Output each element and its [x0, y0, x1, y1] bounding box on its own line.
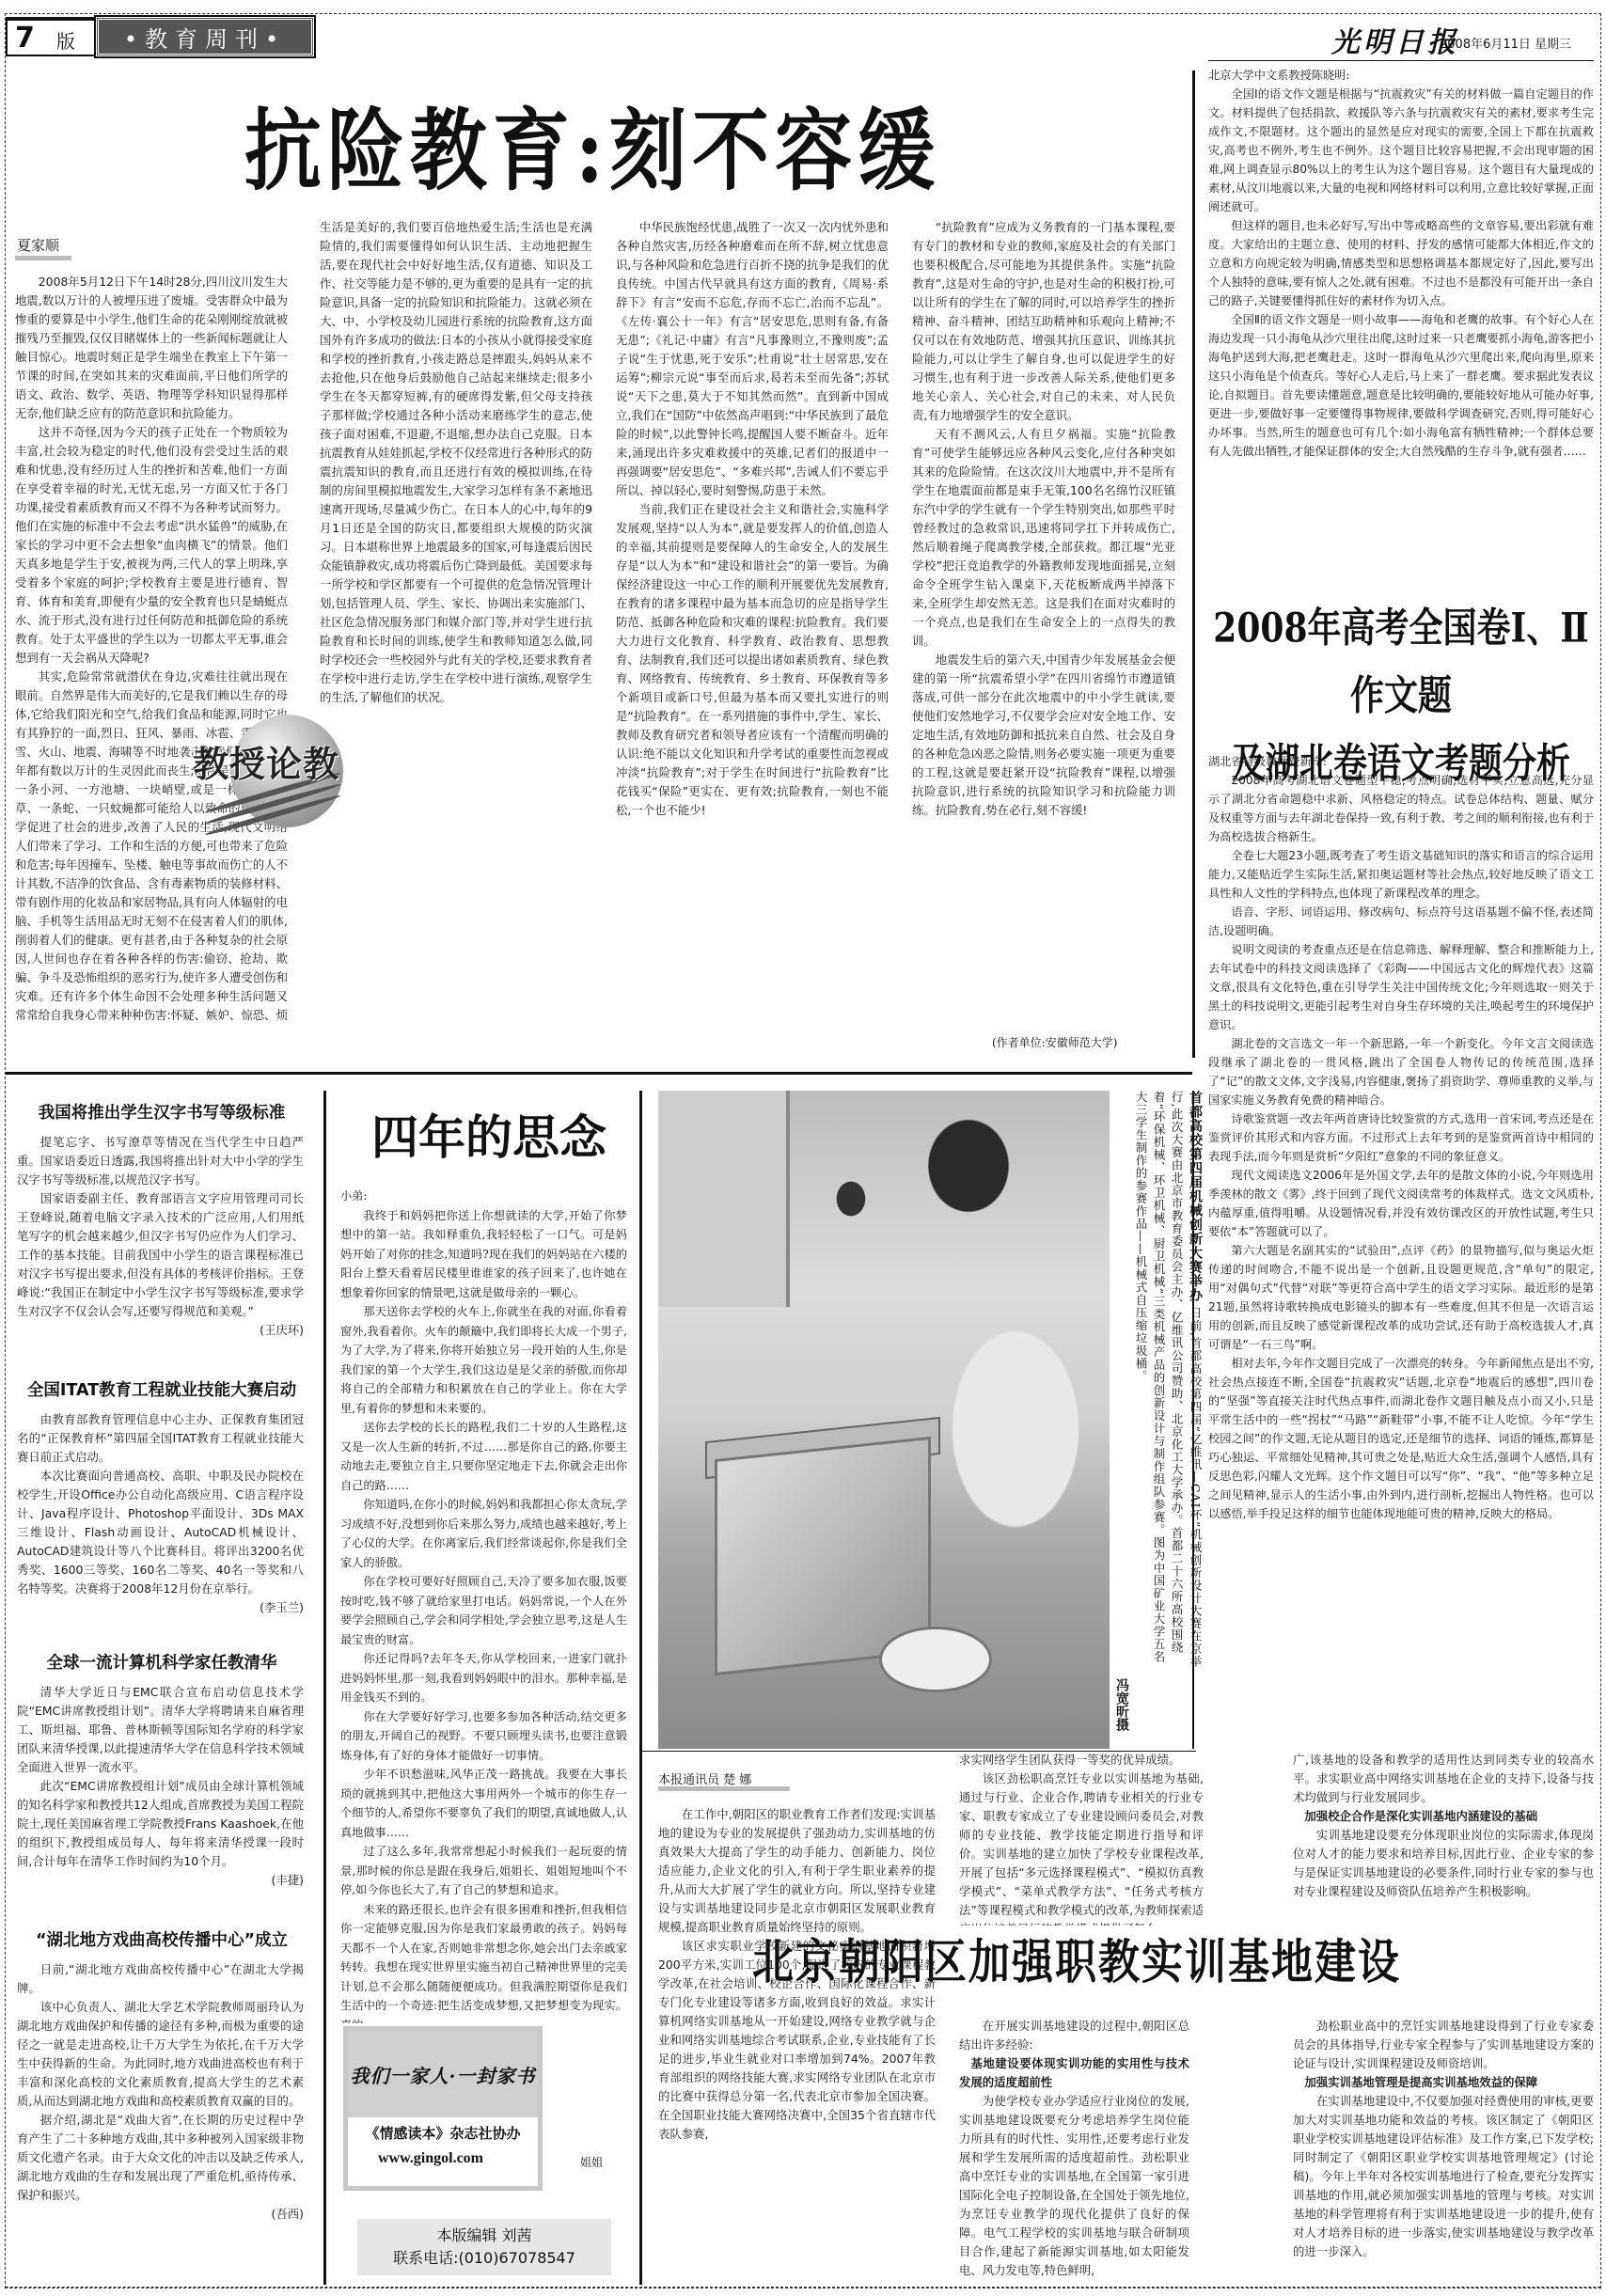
letter-headline: 四年的思念: [339, 1100, 639, 1168]
paragraph: 我终于和妈妈把你送上你想就读的大学,开始了你梦想中的第一站。我如释重负,我轻轻松…: [340, 1206, 627, 1303]
chaoyang-col-3-bottom: 劲松职业高中的烹饪实训基地建设得到了行业专家委员会的具体指导,行业专家全程参与了…: [1293, 2017, 1594, 2280]
paragraph: “抗险教育”应成为义务教育的一门基本课程,要有专门的教材和专业的教师,家庭及社会…: [912, 218, 1175, 425]
editor-name: 本版编辑 刘茜: [357, 2225, 611, 2247]
paragraph: 地震发生后的第六天,中国青少年发展基金会便建的第一所“抗震希望小学”在四川省绵竹…: [912, 651, 1175, 820]
paragraph: 你知道吗,在你小的时候,妈妈和我都担心你太贪玩,学习成绩不好,没想到你后来那么努…: [340, 1495, 627, 1572]
paragraph: 送你去学校的长长的路程,我们二十岁的人生路程,这又是一次人生新的转折,不过……那…: [340, 1418, 627, 1495]
section-separator: [6, 1072, 1192, 1075]
paragraph: 你还记得吗?去年冬天,你从学校回来,一进家门就扑进妈妈怀里,那一刻,我看到妈妈眼…: [340, 1649, 627, 1707]
paragraph: 诗歌鉴赏题一改去年两首唐诗比较鉴赏的方式,选用一首宋词,考点还是在鉴赏评价其形式…: [1208, 1109, 1594, 1166]
editor-info-box: 本版编辑 刘茜 联系电话:(010)67078547: [357, 2219, 611, 2275]
lead-article-col-3: 中华民族饱经忧患,战胜了一次又一次内忧外患和各种自然灾害,历经各种磨难而在所不辞…: [616, 218, 889, 1025]
paragraph: 说明文阅读的考查重点还是在信息筛选、解释理解、整合和推断能力上,去年试卷中的科技…: [1208, 940, 1594, 1034]
chaoyang-byline: 本报通讯员 楚 娜: [658, 1769, 751, 1787]
brief-body: 提笔忘字、书写潦草等情况在当代学生中日趋严重。国家语委近日透露,我国将推出针对大…: [17, 1133, 304, 1340]
editor-phone: 联系电话:(010)67078547: [357, 2247, 611, 2270]
brief-credit: (吾西): [17, 2205, 304, 2224]
paragraph: 全国Ⅱ的语文作文题是一则小故事——海龟和老鹰的故事。有个好心人在海边发现一只小海…: [1208, 310, 1594, 461]
letter-body: 小弟: 我终于和妈妈把你送上你想就读的大学,开始了你梦想中的第一站。我如释重负,…: [340, 1187, 627, 2023]
paragraph: 该中心负责人、湖北大学艺术学院教师周丽玲认为湖北地方戏曲保护和传播的途径有多种,…: [17, 1998, 304, 2111]
author-underline: [15, 256, 71, 260]
speaker-label: 湖北省特级教师费新岸:: [1208, 752, 1594, 771]
ad-calligraphy: 我们一家人·一封家书: [348, 2031, 538, 2117]
news-photo-students-machine: [658, 1091, 1110, 1749]
paragraph: 你在大学要好好学习,也要多参加各种活动,结交更多的朋友,开阔自己的视野。不要只顾…: [340, 1707, 627, 1766]
column-rule: [639, 1091, 642, 2285]
letter-signature-area: 姐姐: [555, 2021, 628, 2181]
lead-author: 夏家顺: [17, 235, 59, 255]
masthead-rule: [1208, 60, 1594, 61]
paragraph: 第六大题是名副其实的“试验田”,点评《药》的景物描写,似与奥运火炬传递的时间吻合…: [1208, 1241, 1594, 1354]
paragraph: 2008年5月12日下午14时28分,四川汶川发生大地震,数以万计的人被埋压进了…: [15, 273, 288, 423]
paragraph: 为使学校专业办学适应行业岗位的发展,实训基地建设既要充分考虑培养学生岗位能力所具…: [959, 2092, 1189, 2280]
gaokao-article-top: 北京大学中文系教授陈晓明: 全国Ⅰ的语文作文题是根据与“抗震救灾”有关的材料做一…: [1208, 66, 1594, 602]
paragraph: 天有不测风云,人有旦夕祸福。实施“抗险教育”可使学生能够远应各种风云变化,应付各…: [912, 425, 1175, 651]
chaoyang-col-3-top: 广,该基地的设备和教学的适用性达到同类专业的较高水平。求实职业高中网络实训基地在…: [1293, 1751, 1594, 1926]
lead-article-col-4: “抗险教育”应成为义务教育的一门基本课程,要有专门的教材和专业的教师,家庭及社会…: [912, 218, 1175, 999]
paragraph: 实训基地建设要充分体现职业岗位的实际需求,体现岗位对人才的能力要求和培养目标,因…: [1293, 1826, 1594, 1901]
letter-salutation: 小弟:: [340, 1187, 627, 1206]
paragraph: 过了这么多年,我常常想起小时候我们一起玩耍的情景,那时候的你总是跟在我身后,姐姐…: [340, 1842, 627, 1900]
brief-body: 由教育部教育管理信息中心主办、正保教育集团冠名的“正保教育杯”第四届全国ITAT…: [17, 1410, 304, 1627]
ad-info: 《情感读本》杂志社协办 www.gingol.com: [348, 2117, 538, 2186]
publication-date: 2008年6月11日 星期三: [1440, 34, 1571, 52]
paragraph: 日前,“湖北地方戏曲高校传播中心”在湖北大学揭牌。: [17, 1960, 304, 1998]
paragraph: 相对去年,今年作文题目完成了一次漂亮的转身。今年新闻焦点是出不穷,社会热点接连不…: [1208, 1354, 1594, 1523]
chaoyang-col-2-bottom: 在开展实训基地建设的过程中,朝阳区总结出许多经验: 基地建设要体现实训功能的实用…: [959, 2017, 1189, 2280]
paragraph: 由教育部教育管理信息中心主办、正保教育集团冠名的“正保教育杯”第四届全国ITAT…: [17, 1410, 304, 1467]
photo-caption-title: 首都高校第四届机械创新大赛举办: [1188, 1091, 1203, 1302]
paragraph: 你在学校可要好好照顾自己,天冷了要多加衣服,饭要按时吃,钱不够了就给家里打电话。…: [340, 1572, 627, 1649]
lead-article-col-1: 2008年5月12日下午14时28分,四川汶川发生大地震,数以万计的人被埋压进了…: [15, 273, 288, 1025]
photo-display-panel: [658, 1091, 790, 1307]
paragraph: 求实网络学生团队获得一等奖的优异成绩。: [959, 1751, 1204, 1769]
edition-number: 7: [15, 22, 35, 55]
speaker-label: 北京大学中文系教授陈晓明:: [1208, 66, 1594, 85]
paragraph: 全卷七大题23小题,既考查了考生语文基础知识的落实和语言的综合运用能力,又能贴近…: [1208, 846, 1594, 903]
brief-title: 全国ITAT教育工程就业技能大赛启动: [21, 1377, 303, 1401]
edition-suffix: 版: [56, 26, 75, 54]
subheading: 加强校企合作是深化实训基地内涵建设的基础: [1293, 1807, 1594, 1826]
paragraph: 生活是美好的,我们要百倍地热爱生活;生活也是充满险情的,我们需要懂得如何认识生活…: [320, 218, 592, 707]
paragraph: 本次比赛面向普通高校、高职、中职及民办院校在校学生,开设Office办公自动化高…: [17, 1467, 304, 1598]
chaoyang-headline: 北京朝阳区加强职教实训基地建设: [752, 1923, 1448, 1992]
brief-body: 日前,“湖北地方戏曲高校传播中心”在湖北大学揭牌。 该中心负责人、湖北大学艺术学…: [17, 1960, 304, 2280]
newspaper-page: 7 版 •教育周刊• 光明日报 2008年6月11日 星期三 抗险教育:刻不容缓…: [0, 0, 1606, 2296]
paragraph: 劲松职业高中的烹饪实训基地建设得到了行业专家委员会的具体指导,行业专家全程参与了…: [1293, 2017, 1594, 2073]
paragraph: 全国Ⅰ的语文作文题是根据与“抗震救灾”有关的材料做一篇自定题目的作文。材料提供了…: [1208, 85, 1594, 216]
paragraph: 这并不奇怪,因为今天的孩子正处在一个物质较为丰富,社会较为稳定的时代,他们没有尝…: [15, 423, 288, 668]
ad-sponsor: 《情感读本》杂志社协办: [357, 2123, 528, 2143]
ad-box: 我们一家人·一封家书 《情感读本》杂志社协办 www.gingol.com: [343, 2026, 543, 2191]
chaoyang-col-2-top: 求实网络学生团队获得一等奖的优异成绩。 该区劲松职高烹饪专业以实训基地为基础,通…: [959, 1751, 1204, 1926]
lead-headline: 抗险教育:刻不容缓: [132, 81, 1053, 208]
ad-url[interactable]: www.gingol.com: [357, 2150, 528, 2167]
photo-credit: 冯宽昕摄: [1112, 1678, 1131, 1731]
paragraph: 少年不识愁滋味,风华正茂一路挑战。我要在大事长琐的就挑到其中,把他这大事用两外一…: [340, 1765, 627, 1842]
paragraph: 未来的路还很长,也许会有很多困难和挫折,但我相信你一定能够克服,因为你是我们家最…: [340, 1900, 627, 2024]
paragraph: 清华大学近日与EMC联合宣布启动信息技术学院“EMC讲席教授组计划”。清华大学将…: [17, 1683, 304, 1777]
paragraph: 在实训基地建设中,不仅要加强对经费使用的审核,更要加大对实训基地功能和效益的考核…: [1293, 2092, 1594, 2261]
paragraph: 当前,我们正在建设社会主义和谐社会,实施科学发展观,坚持“以人为本”,就是要发挥…: [616, 500, 889, 820]
paragraph: 中华民族饱经忧患,战胜了一次又一次内忧外患和各种自然灾害,历经各种磨难而在所不辞…: [616, 218, 889, 500]
column-rule: [1192, 71, 1195, 1058]
brief-title: 全球一流计算机科学家任教清华: [21, 1650, 303, 1674]
paragraph: 据介绍,湖北是“戏曲大省”,在长期的历史过程中孕育产生了二十多种地方戏曲,其中多…: [17, 2111, 304, 2205]
paragraph: 该区劲松职高烹饪专业以实训基地为基础,通过与行业、企业合作,聘请专业相关的行业专…: [959, 1769, 1204, 1926]
paragraph: 但这样的题目,也未必好写,写出中等或略高些的文章容易,要出彩就有难度。大家给出的…: [1208, 216, 1594, 310]
paragraph: 此次“EMC讲席教授组计划”成员由全球计算机领域的知名科学家和教授共12人组成,…: [17, 1777, 304, 1871]
brief-credit: (王庆环): [17, 1321, 304, 1340]
brief-title: 我国将推出学生汉字书写等级标准: [21, 1100, 303, 1124]
letter-signature: 姐姐: [555, 2153, 628, 2173]
paragraph: 广,该基地的设备和教学的适用性达到同类专业的较高水平。求实职业高中网络实训基地在…: [1293, 1751, 1594, 1807]
brief-title: “湖北地方戏曲高校传播中心”成立: [21, 1927, 303, 1951]
paragraph: 现代文阅读选文2006年是外国文学,去年的是散文体的小说,今年则选用季羡林的散文…: [1208, 1166, 1594, 1241]
chaoyang-col-1: 在工作中,朝阳区的职业教育工作者们发现:实训基地的建设为专业的发展提供了强劲动力…: [658, 1805, 936, 2280]
brief-body: 清华大学近日与EMC联合宣布启动信息技术学院“EMC讲席教授组计划”。清华大学将…: [17, 1683, 304, 1904]
paragraph: 湖北卷的文言选文一年一个新思路,一年一个新变化。今年文言文阅读选段继承了湖北卷的…: [1208, 1034, 1594, 1109]
gaokao-article-bottom: 湖北省特级教师费新岸: 2008年高考湖北语文卷题型平稳,考点明确,选材平实,立…: [1208, 752, 1594, 1739]
photo-emblem: [879, 1627, 992, 1692]
byline-underline: [658, 1786, 790, 1791]
subheading: 加强实训基地管理是提高实训基地效益的保障: [1293, 2073, 1594, 2092]
paragraph: 语音、字形、词语运用、修改病句、标点符号这语基题不偏不怪,表述简洁,设题明确。: [1208, 903, 1594, 940]
paragraph: 那天送你去学校的火车上,你就坐在我的对面,你看着窗外,我看着你。火车的颠簸中,我…: [340, 1302, 627, 1418]
lead-attribution: (作者单位:安徽师范大学): [992, 1034, 1117, 1050]
paragraph: 在开展实训基地建设的过程中,朝阳区总结出许多经验:: [959, 2017, 1189, 2054]
column-rule: [323, 1091, 326, 2285]
section-name-tag: •教育周刊•: [96, 17, 314, 56]
lead-article-col-2: 生活是美好的,我们要百倍地热爱生活;生活也是充满险情的,我们需要懂得如何认识生活…: [320, 218, 592, 1025]
column-rule: [1192, 1091, 1194, 1749]
paragraph: 在工作中,朝阳区的职业教育工作者们发现:实训基地的建设为专业的发展提供了强劲动力…: [658, 1805, 936, 1937]
brief-credit: (李玉兰): [17, 1598, 304, 1617]
brief-credit: (丰捷): [17, 1871, 304, 1890]
paragraph: 国家语委副主任、教育部语言文字应用管理司司长王登峰说,随着电脑文字录入技术的广泛…: [17, 1189, 304, 1321]
subheading: 基地建设要体现实训功能的实用性与技术发展的适度超前性: [959, 2054, 1189, 2092]
paragraph: 提笔忘字、书写潦草等情况在当代学生中日趋严重。国家语委近日透露,我国将推出针对大…: [17, 1133, 304, 1189]
masthead: 7 版 •教育周刊• 光明日报 2008年6月11日 星期三: [6, 15, 1600, 58]
gaokao-headline-line-1: 2008年高考全国卷Ⅰ、Ⅱ作文题: [1213, 594, 1589, 730]
photo-caption: 首都高校第四届机械创新大赛举办 日前,首都高校第四届“亿维讯—CAI杯”机械创新…: [1115, 1091, 1204, 1674]
paragraph: 2008年高考湖北语文卷题型平稳,考点明确,选材平实,立意高远,充分显示了湖北分…: [1208, 771, 1594, 846]
page-bottom-border: [6, 2287, 1600, 2288]
